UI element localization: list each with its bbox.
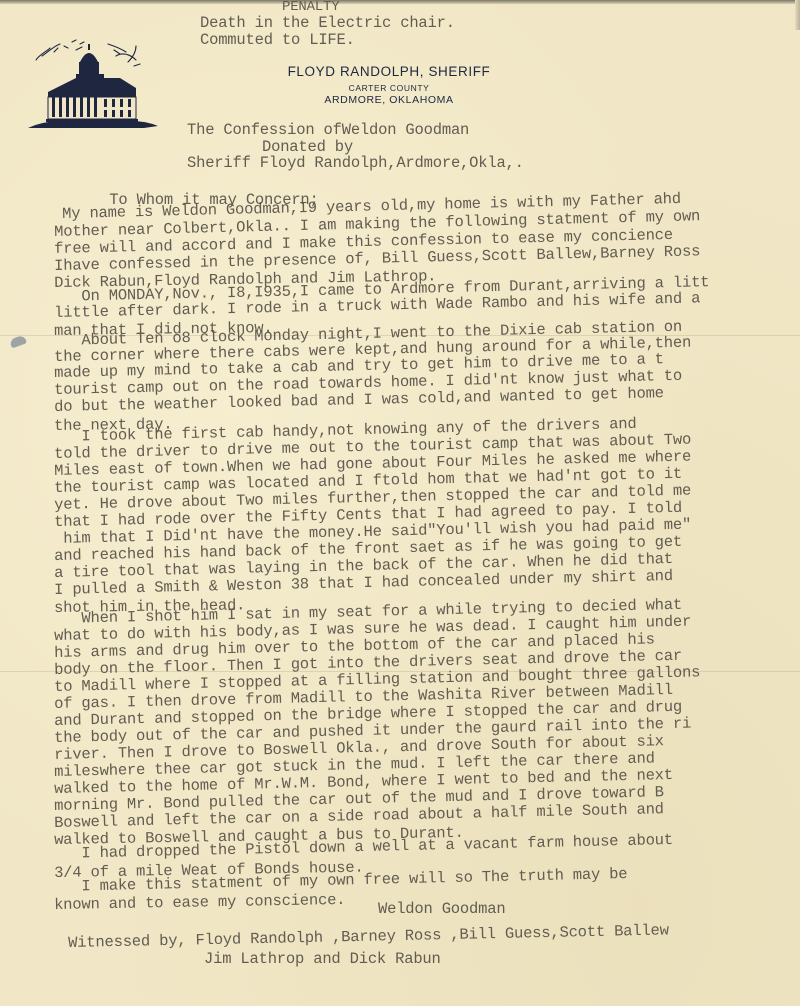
document-page: PENALTY Death in the Electric chair. Com… <box>0 0 800 1006</box>
punch-mark <box>9 335 27 349</box>
witnesses-line-2: Jim Lathrop and Dick Rabun <box>204 952 441 968</box>
penalty-commuted: Commuted to LIFE. <box>200 33 355 49</box>
witnesses-line-1: Witnessed by, Floyd Randolph ,Barney Ros… <box>68 923 669 951</box>
letterhead-sheriff-name: FLOYD RANDOLPH, SHERIFF <box>278 64 500 79</box>
penalty-heading: PENALTY <box>282 0 339 14</box>
document-title: The Confession ofWeldon Goodman <box>187 123 469 139</box>
courthouse-icon <box>24 32 160 132</box>
body-line: known and to ease my conscience. <box>54 893 345 914</box>
letterhead-county: CARTER COUNTY <box>318 83 460 93</box>
donor-line: Sheriff Floyd Randolph,Ardmore,Okla,. <box>187 156 524 172</box>
scan-top-edge <box>0 0 800 4</box>
penalty-sentence: Death in the Electric chair. <box>200 16 455 32</box>
signature-name: Weldon Goodman <box>378 902 505 918</box>
letterhead-city: ARDMORE, OKLAHOMA <box>300 94 478 106</box>
scan-right-edge <box>795 0 800 30</box>
